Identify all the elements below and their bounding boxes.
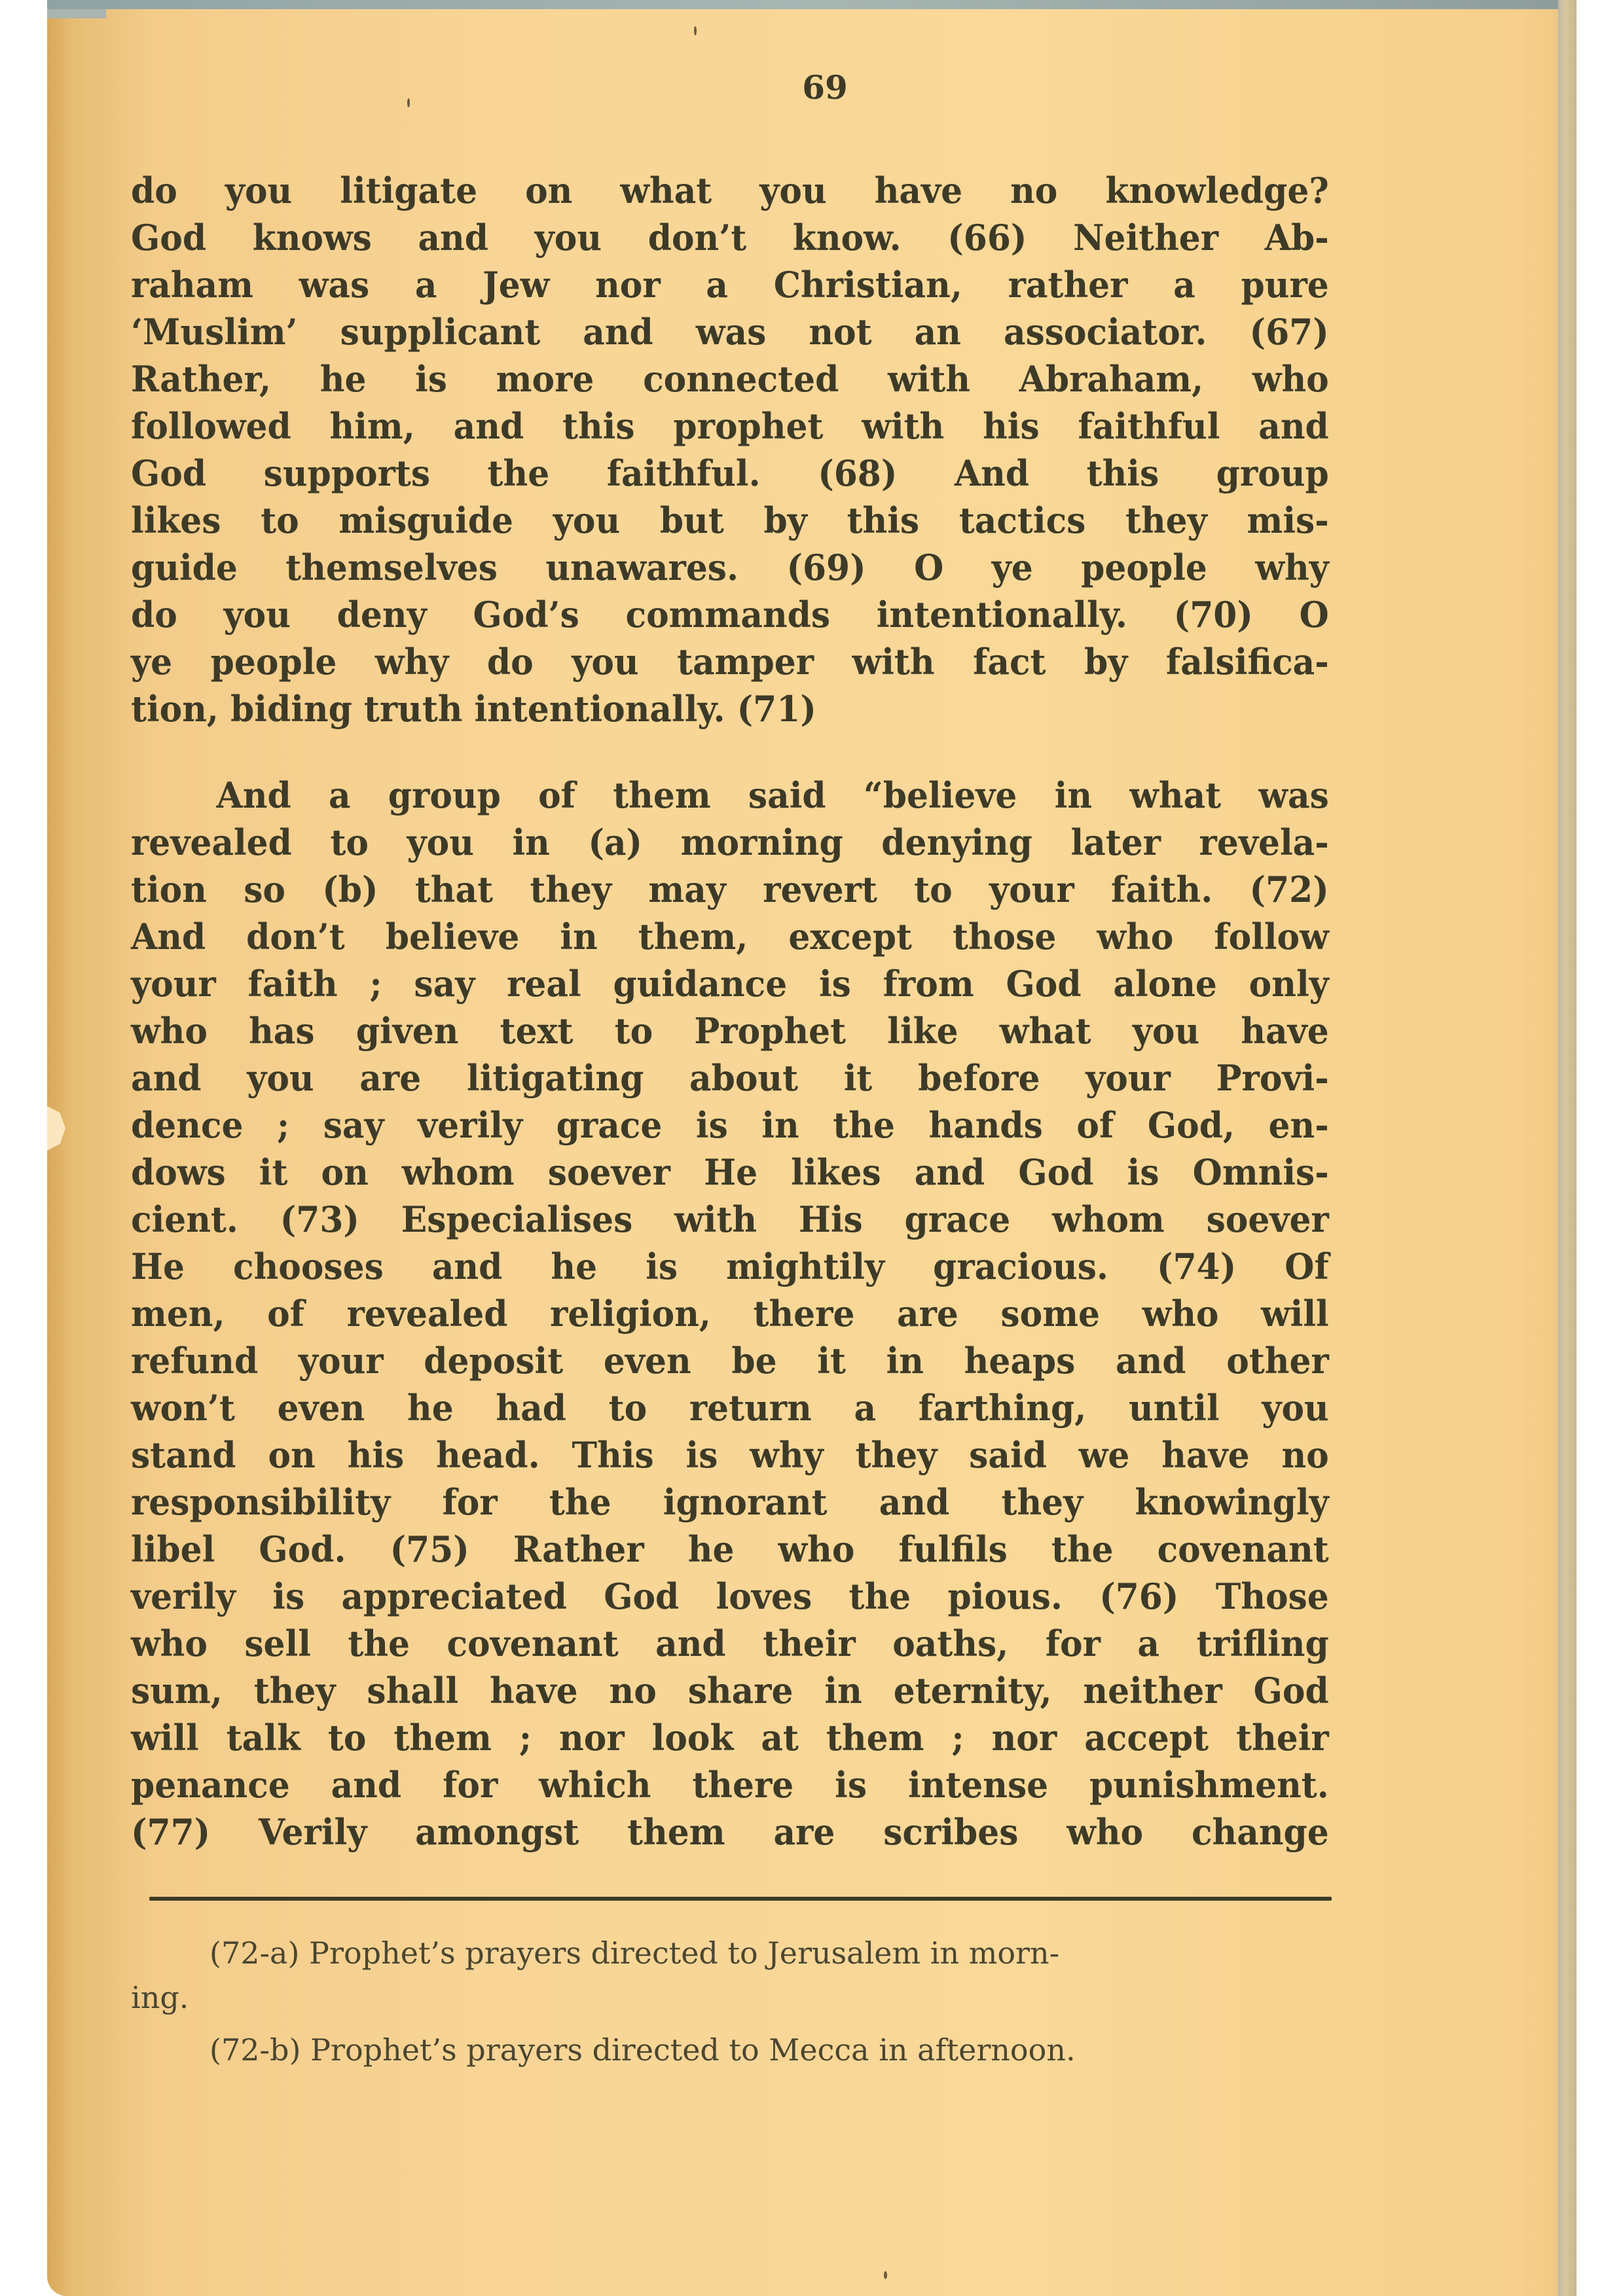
- text-line: do you deny God’s commands intentionally…: [131, 591, 1329, 638]
- text-line: won’t even he had to return a farthing, …: [131, 1384, 1329, 1431]
- footnote-gap: [131, 2020, 1375, 2028]
- text-line: dows it on whom soever He likes and God …: [131, 1149, 1329, 1196]
- text-line: (77) Verily amongst them are scribes who…: [131, 1808, 1329, 1856]
- text-line: responsibility for the ignorant and they…: [131, 1479, 1329, 1526]
- text-line: will talk to them ; nor look at them ; n…: [131, 1714, 1329, 1761]
- text-line: do you litigate on what you have no know…: [131, 167, 1329, 214]
- text-line: penance and for which there is intense p…: [131, 1761, 1329, 1808]
- text-line: dence ; say verily grace is in the hands…: [131, 1102, 1329, 1149]
- text-line: libel God. (75) Rather he who fulfils th…: [131, 1526, 1329, 1573]
- text-line: cient. (73) Especialises with His grace …: [131, 1196, 1329, 1243]
- text-line: And a group of them said “believe in wha…: [131, 772, 1329, 819]
- text-line: ‘Muslim’ supplicant and was not an assoc…: [131, 308, 1329, 355]
- text-line: verily is appreciated God loves the piou…: [131, 1573, 1329, 1620]
- paragraph-1: do you litigate on what you have no know…: [131, 167, 1329, 732]
- text-line: And don’t believe in them, except those …: [131, 913, 1329, 960]
- page-right-edge: [1558, 0, 1577, 2296]
- body-text: do you litigate on what you have no know…: [131, 167, 1329, 1856]
- text-line: stand on his head. This is why they said…: [131, 1431, 1329, 1479]
- footnote-72b-line1: (72-b) Prophet’s prayers directed to Mec…: [131, 2028, 1375, 2072]
- text-line: followed him, and this prophet with his …: [131, 403, 1329, 450]
- paper-speck: [884, 2271, 887, 2279]
- footnote-72a-line2: ing.: [131, 1975, 1375, 2020]
- text-line: guide themselves unawares. (69) O ye peo…: [131, 544, 1329, 591]
- text-line: who has given text to Prophet like what …: [131, 1007, 1329, 1054]
- text-line: sum, they shall have no share in eternit…: [131, 1667, 1329, 1714]
- text-line: tion, biding truth intentionally. (71): [131, 685, 1329, 732]
- scanner-corner: [47, 9, 106, 18]
- text-line: likes to misguide you but by this tactic…: [131, 497, 1329, 544]
- text-line: tion so (b) that they may revert to your…: [131, 866, 1329, 913]
- text-line: and you are litigating about it before y…: [131, 1054, 1329, 1102]
- text-line: refund your deposit even be it in heaps …: [131, 1337, 1329, 1384]
- paper-speck: [407, 98, 410, 107]
- page-number: 69: [786, 68, 864, 107]
- text-line: He chooses and he is mightily gracious. …: [131, 1243, 1329, 1290]
- paragraph-2: And a group of them said “believe in wha…: [131, 772, 1329, 1856]
- scanner-top-band: [47, 0, 1577, 9]
- text-line: raham was a Jew nor a Christian, rather …: [131, 261, 1329, 308]
- text-line: ye people why do you tamper with fact by…: [131, 638, 1329, 685]
- text-line: your faith ; say real guidance is from G…: [131, 960, 1329, 1007]
- paper-speck: [694, 26, 697, 35]
- text-line: who sell the covenant and their oaths, f…: [131, 1620, 1329, 1667]
- footnote-72a-line1: (72-a) Prophet’s prayers directed to Jer…: [131, 1931, 1375, 1975]
- text-line: Rather, he is more connected with Abraha…: [131, 355, 1329, 403]
- text-line: God knows and you don’t know. (66) Neith…: [131, 214, 1329, 261]
- text-line: revealed to you in (a) morning denying l…: [131, 819, 1329, 866]
- text-line: men, of revealed religion, there are som…: [131, 1290, 1329, 1337]
- paragraph-gap: [131, 732, 1329, 772]
- footnote-divider: [149, 1897, 1332, 1901]
- footnotes: (72-a) Prophet’s prayers directed to Jer…: [131, 1931, 1375, 2072]
- text-line: God supports the faithful. (68) And this…: [131, 450, 1329, 497]
